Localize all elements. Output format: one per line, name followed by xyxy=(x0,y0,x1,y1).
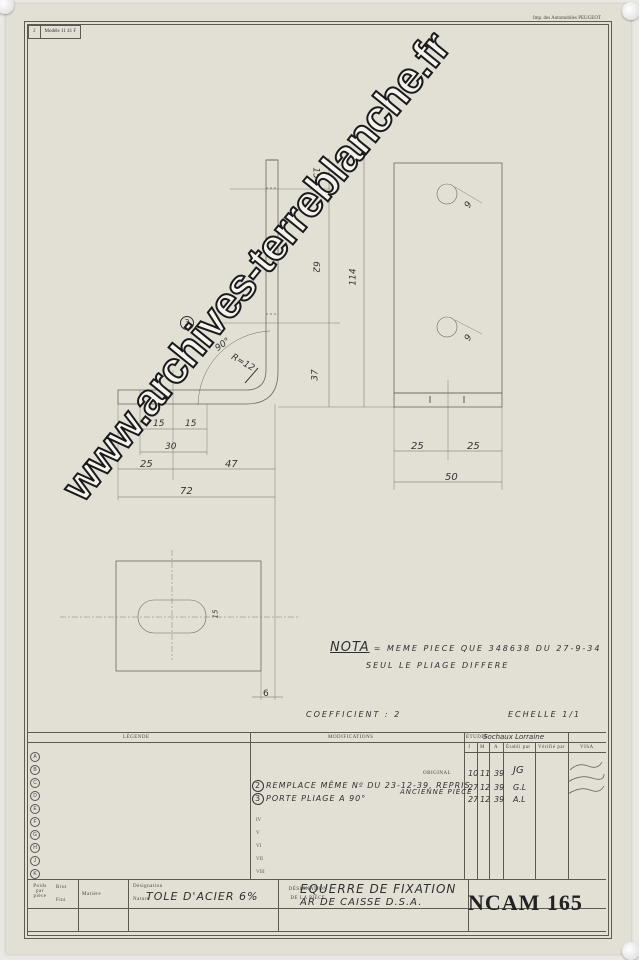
date-m: 12 xyxy=(480,795,490,804)
legend-k: K xyxy=(30,869,40,879)
date-j: 10 xyxy=(468,769,478,778)
nota-line1: = MEME PIECE QUE 348638 DU 27-9-34 xyxy=(374,644,602,653)
legend-b: B xyxy=(30,765,40,775)
signature: G.L xyxy=(513,783,526,792)
dim-30: 30 xyxy=(165,442,176,452)
mod-text: PORTE PLIAGE A 90° xyxy=(266,794,366,803)
brut-label: Brut xyxy=(56,885,67,890)
matiere-label: Matière xyxy=(82,892,101,897)
signature: A.L xyxy=(513,795,526,804)
nota-block: NOTA = MEME PIECE QUE 348638 DU 27-9-34 … xyxy=(330,640,602,670)
etudes-value: Sochaux Lorraine xyxy=(483,733,544,741)
date-j: 27 xyxy=(468,795,478,804)
visa-signatures-icon xyxy=(566,758,606,808)
mod-number: 2 xyxy=(252,780,264,792)
legend-f: F xyxy=(30,817,40,827)
mod-number: 3 xyxy=(252,793,264,805)
legend-j: J xyxy=(30,856,40,866)
roman-iv: IV xyxy=(256,818,261,823)
nota-line2: SEUL LE PLIAGE DIFFERE xyxy=(366,661,602,670)
col-visa: VISA xyxy=(580,745,594,750)
legend-c: C xyxy=(30,778,40,788)
legend-e: E xyxy=(30,804,40,814)
dim-thickness-6: 6 xyxy=(263,689,269,699)
date-m: 11 xyxy=(480,769,490,778)
designation-label: Désignation xyxy=(133,884,163,889)
fini-label: Fini xyxy=(56,898,66,903)
roman-v: V xyxy=(256,831,260,836)
date-j: 27 xyxy=(468,783,478,792)
legend-header: LÉGENDE xyxy=(123,735,150,740)
dim-114: 114 xyxy=(349,268,359,285)
part-number: NCAM 165 xyxy=(468,890,583,916)
modifications-header: MODIFICATIONS xyxy=(328,735,373,740)
dim-25: 25 xyxy=(140,459,153,470)
legend-h: H xyxy=(30,843,40,853)
coefficient: COEFFICIENT : 2 xyxy=(306,710,401,719)
dim-front-25a: 25 xyxy=(411,441,424,452)
dim-62: 62 xyxy=(311,261,321,272)
dim-15b: 15 xyxy=(185,419,196,429)
poids-label: Poids par pièce xyxy=(30,884,50,899)
date-a: 39 xyxy=(494,783,504,792)
date-m: 12 xyxy=(480,783,490,792)
legend-a: A xyxy=(30,752,40,762)
signature: JG xyxy=(513,765,524,776)
dim-front-50: 50 xyxy=(445,472,458,483)
original-label: ORIGINAL xyxy=(423,771,451,776)
dim-37: 37 xyxy=(311,369,321,380)
roman-vii: VII xyxy=(256,857,263,862)
roman-vi: VI xyxy=(256,844,261,849)
col-a: A xyxy=(494,745,498,750)
col-verifie: Vérifié par xyxy=(538,745,565,750)
mod-text-2: ANCIENNE PIÈCE xyxy=(400,788,473,796)
dim-front-25b: 25 xyxy=(467,441,480,452)
col-etabli: Établi par xyxy=(506,745,531,750)
piece-name-line1: EQUERRE DE FIXATION xyxy=(300,882,456,896)
roman-viii: VIII xyxy=(256,870,265,875)
date-a: 39 xyxy=(494,795,504,804)
piece-name-line2: AR DE CAISSE D.S.A. xyxy=(300,897,422,908)
col-m: M xyxy=(480,745,485,750)
dim-47: 47 xyxy=(225,459,238,470)
legend-d: D xyxy=(30,791,40,801)
legend-g: G xyxy=(30,830,40,840)
nota-title: NOTA xyxy=(330,640,370,655)
material-value: TOLE D'ACIER 6% xyxy=(146,890,258,903)
scale: ECHELLE 1/1 xyxy=(508,710,581,719)
col-j: J xyxy=(468,745,470,750)
modification-row: 3PORTE PLIAGE A 90° xyxy=(252,793,366,805)
date-a: 39 xyxy=(494,769,504,778)
dim-slot-15: 15 xyxy=(211,610,219,619)
dim-72: 72 xyxy=(180,486,193,497)
